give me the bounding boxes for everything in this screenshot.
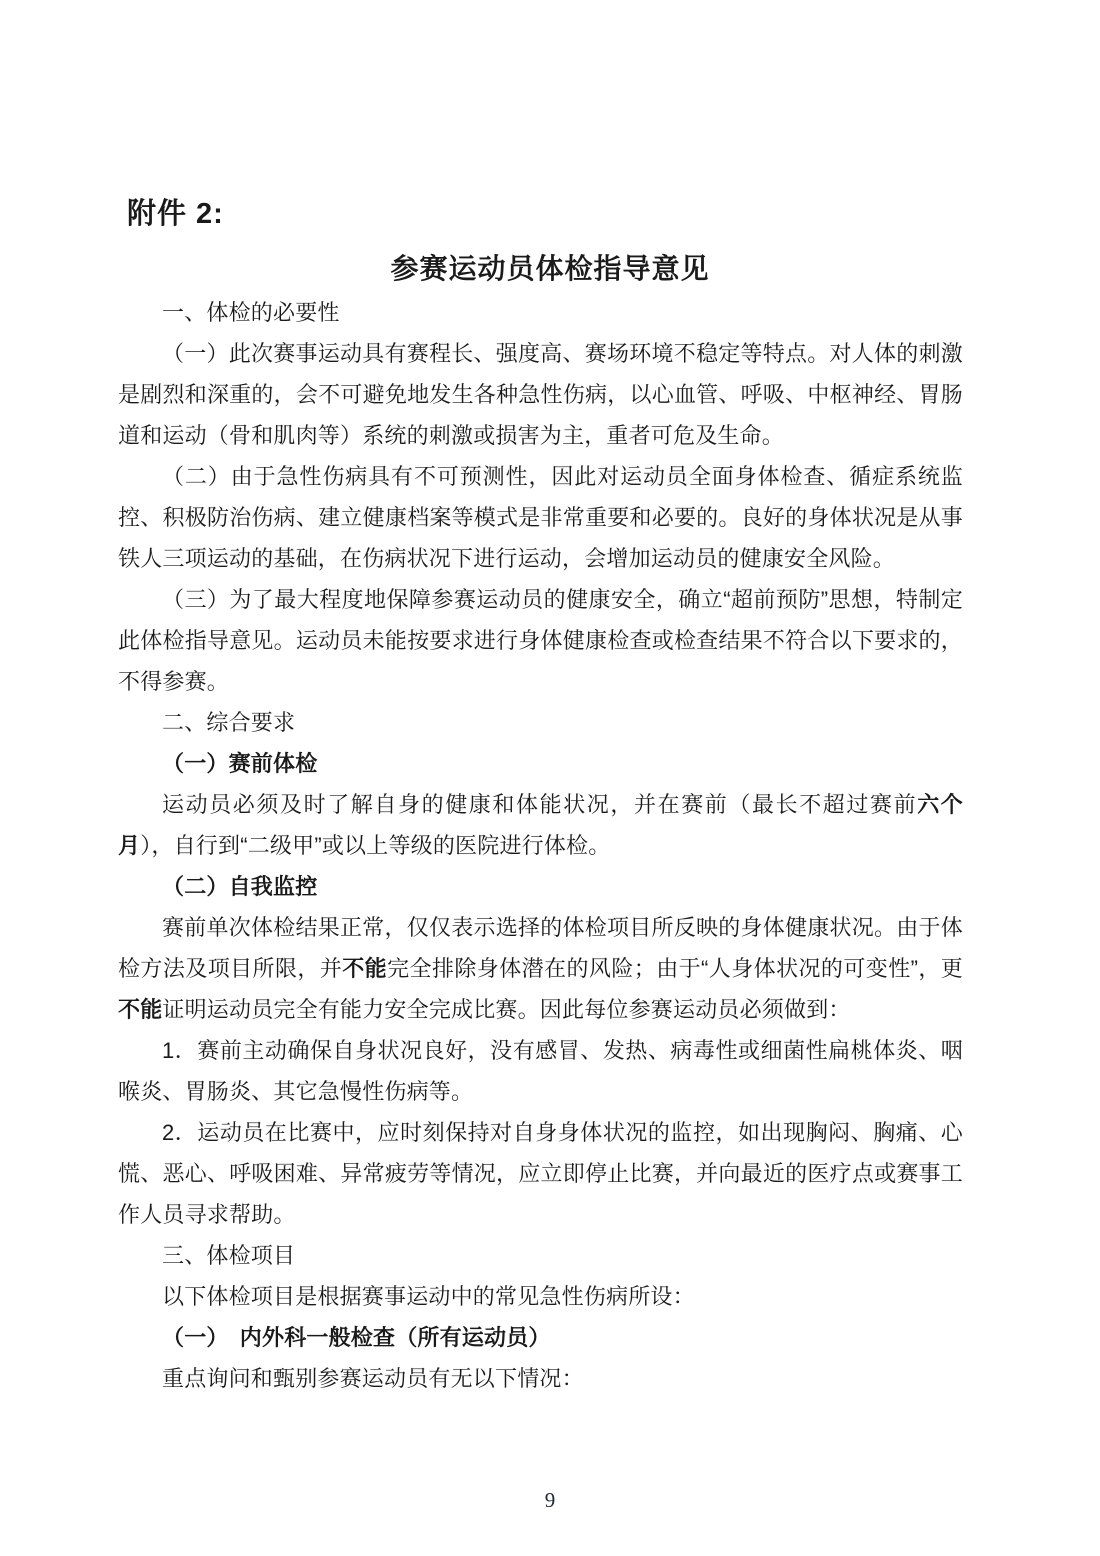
section-heading: 三、体检项目 bbox=[118, 1235, 963, 1276]
section-heading: 二、综合要求 bbox=[118, 702, 963, 743]
paragraph: 重点询问和甄别参赛运动员有无以下情况： bbox=[118, 1358, 963, 1399]
paragraph: （二）由于急性伤病具有不可预测性，因此对运动员全面身体检查、循症系统监控、积极防… bbox=[118, 456, 963, 579]
document-page: 附件 2: 参赛运动员体检指导意见 一、体检的必要性（一）此次赛事运动具有赛程长… bbox=[0, 0, 1100, 1556]
section-heading: 一、体检的必要性 bbox=[118, 292, 963, 333]
paragraph: 1．赛前主动确保自身状况良好，没有感冒、发热、病毒性或细菌性扁桃体炎、咽喉炎、胃… bbox=[118, 1030, 963, 1112]
text-run: 完全排除身体潜在的风险；由于“人身体状况的可变性”，更 bbox=[387, 956, 963, 981]
text-run: （三）为了最大程度地保障参赛运动员的健康安全，确立“超前预防”思想，特制定此体检… bbox=[118, 587, 963, 694]
page-title: 参赛运动员体检指导意见 bbox=[0, 252, 1100, 286]
text-run: 运动员必须及时了解自身的健康和体能状况，并在赛前（最长不超过赛前 bbox=[162, 792, 917, 817]
text-run: 2．运动员在比赛中，应时刻保持对自身身体状况的监控，如出现胸闷、胸痛、心慌、恶心… bbox=[118, 1120, 963, 1227]
document-body: 一、体检的必要性（一）此次赛事运动具有赛程长、强度高、赛场环境不稳定等特点。对人… bbox=[118, 292, 963, 1399]
text-run: 三、体检项目 bbox=[162, 1243, 295, 1268]
text-run: 以下体检项目是根据赛事运动中的常见急性伤病所设： bbox=[162, 1284, 695, 1309]
text-run: 重点询问和甄别参赛运动员有无以下情况： bbox=[162, 1366, 584, 1391]
text-run: 二、综合要求 bbox=[162, 710, 295, 735]
bold-text-run: （一） 内外科一般检查（所有运动员） bbox=[162, 1325, 551, 1350]
bold-text-run: （二）自我监控 bbox=[162, 874, 317, 899]
text-run: 一、体检的必要性 bbox=[162, 300, 340, 325]
text-run: 1．赛前主动确保自身状况良好，没有感冒、发热、病毒性或细菌性扁桃体炎、咽喉炎、胃… bbox=[118, 1038, 963, 1104]
bold-text-run: （一）赛前体检 bbox=[162, 751, 317, 776]
paragraph: 以下体检项目是根据赛事运动中的常见急性伤病所设： bbox=[118, 1276, 963, 1317]
paragraph: 赛前单次体检结果正常，仅仅表示选择的体检项目所反映的身体健康状况。由于体检方法及… bbox=[118, 907, 963, 1030]
attachment-label: 附件 2: bbox=[127, 195, 224, 233]
paragraph: 运动员必须及时了解自身的健康和体能状况，并在赛前（最长不超过赛前六个月），自行到… bbox=[118, 784, 963, 866]
bold-text-run: 不能 bbox=[342, 956, 387, 981]
paragraph: （三）为了最大程度地保障参赛运动员的健康安全，确立“超前预防”思想，特制定此体检… bbox=[118, 579, 963, 702]
sub-heading: （一） 内外科一般检查（所有运动员） bbox=[118, 1317, 963, 1358]
sub-heading: （二）自我监控 bbox=[118, 866, 963, 907]
page-number: 9 bbox=[0, 1488, 1100, 1512]
text-run: （二）由于急性伤病具有不可预测性，因此对运动员全面身体检查、循症系统监控、积极防… bbox=[118, 464, 963, 571]
bold-text-run: 不能 bbox=[118, 997, 162, 1022]
sub-heading: （一）赛前体检 bbox=[118, 743, 963, 784]
paragraph: 2．运动员在比赛中，应时刻保持对自身身体状况的监控，如出现胸闷、胸痛、心慌、恶心… bbox=[118, 1112, 963, 1235]
text-run: ），自行到“二级甲”或以上等级的医院进行体检。 bbox=[140, 833, 610, 858]
text-run: 证明运动员完全有能力安全完成比赛。因此每位参赛运动员必须做到： bbox=[162, 997, 850, 1022]
paragraph: （一）此次赛事运动具有赛程长、强度高、赛场环境不稳定等特点。对人体的刺激是剧烈和… bbox=[118, 333, 963, 456]
text-run: （一）此次赛事运动具有赛程长、强度高、赛场环境不稳定等特点。对人体的刺激是剧烈和… bbox=[118, 341, 963, 448]
